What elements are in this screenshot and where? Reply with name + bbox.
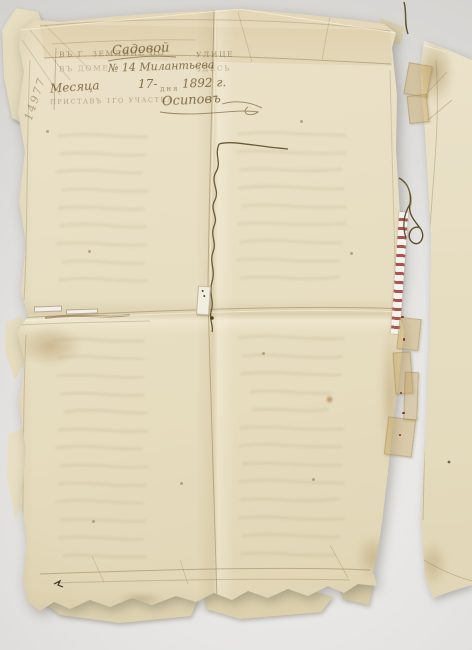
binding-thread [0, 0, 472, 650]
photo-backdrop: ВЪ Г. ЗЕМЛЯНЕ ПО УЛИЦЕ ВЪ ДОМЕ ЗДЕСЬ дня… [0, 0, 472, 650]
junction-repairs [0, 0, 472, 650]
